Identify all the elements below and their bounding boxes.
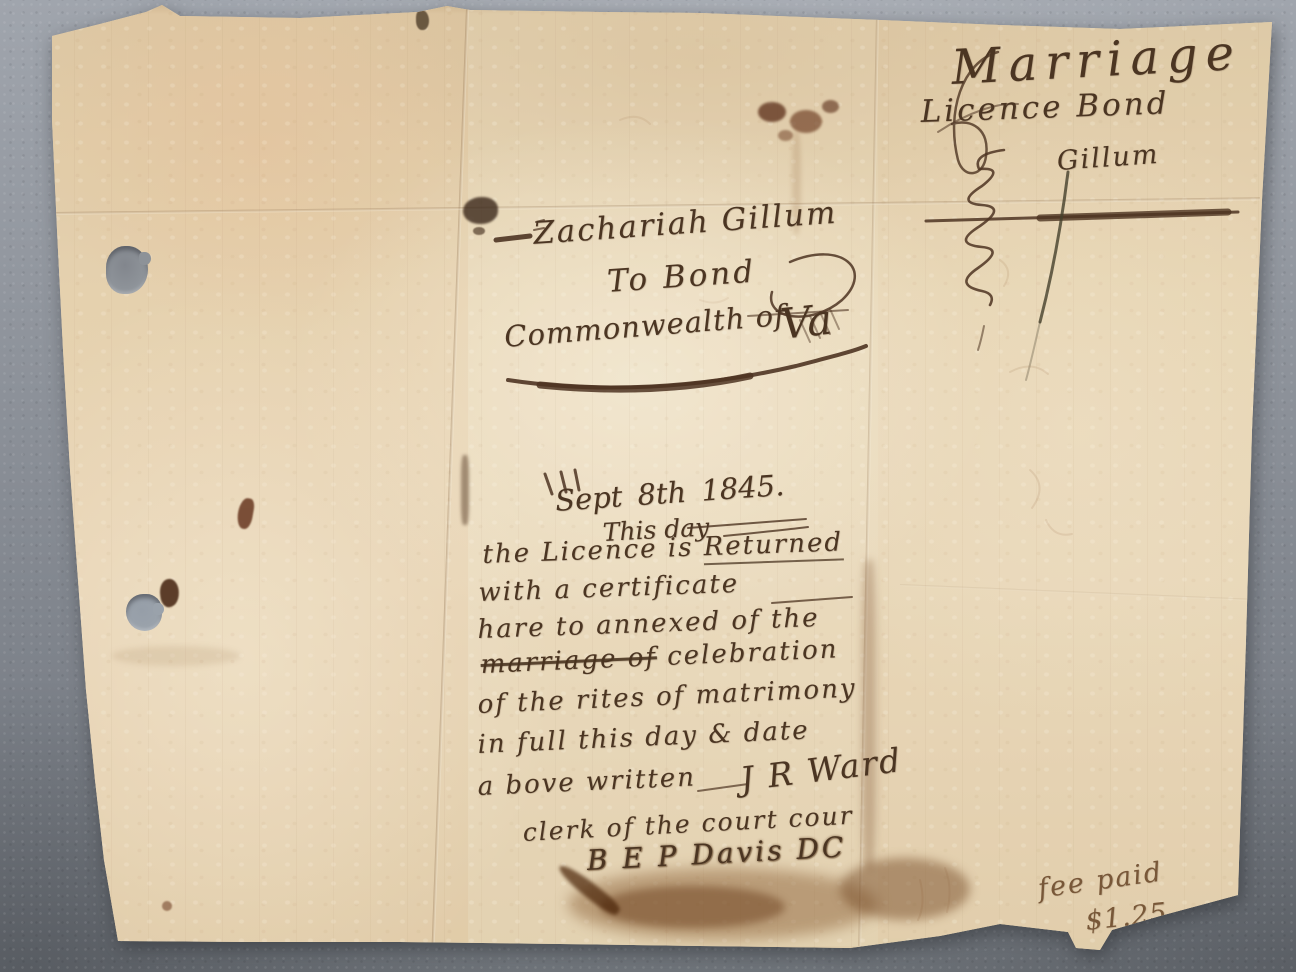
body-word-returned: Returned <box>703 527 843 565</box>
document-paper: Marriage Licence Bond Gillum Zachariah G… <box>0 0 1296 972</box>
docket-slash-stroke <box>1026 172 1068 380</box>
photo-of-document: Marriage Licence Bond Gillum Zachariah G… <box>0 0 1296 972</box>
paper-shadow-wrap: Marriage Licence Bond Gillum Zachariah G… <box>0 0 1296 972</box>
monogram-squiggle <box>966 150 1004 350</box>
fee-trailing-dash <box>1164 922 1200 930</box>
heading-underline-swash <box>508 346 866 389</box>
certificate-trailing-dash <box>772 597 852 603</box>
docket-rule-line <box>926 212 1238 221</box>
punch-hole-bottom <box>126 594 162 631</box>
heading-commonwealth-abbrev: Va <box>778 295 834 349</box>
